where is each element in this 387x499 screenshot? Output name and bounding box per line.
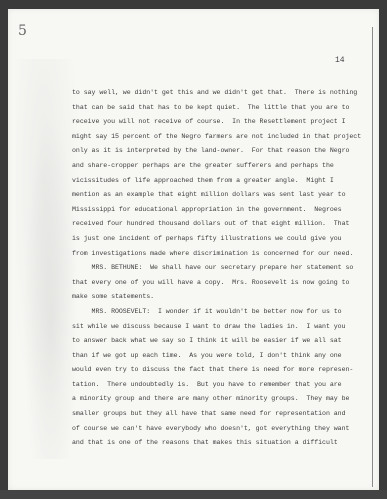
transcript-body: to say well, we didn't get this and we d… <box>72 86 362 451</box>
text-line: might say 15 percent of the Negro farmer… <box>72 130 362 145</box>
text-line: sit while we discuss because I want to d… <box>72 320 362 335</box>
scan-border <box>0 490 387 499</box>
margin-rule <box>372 27 373 487</box>
speaker-line-bethune: MRS. BETHUNE: We shall have our secretar… <box>72 261 362 276</box>
text-line: tation. There undoubtedly is. But you ha… <box>72 378 362 393</box>
text-line: and share-cropper perhaps are the greate… <box>72 159 362 174</box>
text-line: of course we can't have everybody who do… <box>72 422 362 437</box>
text-line: that can be said that has to be kept qui… <box>72 101 362 116</box>
text-line: and that is one of the reasons that make… <box>72 436 362 451</box>
handwritten-mark: 5 <box>18 23 27 39</box>
text-line: vicissitudes of life approached them fro… <box>72 174 362 189</box>
speaker-line-roosevelt: MRS. ROOSEVELT: I wonder if it wouldn't … <box>72 305 362 320</box>
text-line: a minority group and there are many othe… <box>72 392 362 407</box>
text-line: to answer back what we say so I think it… <box>72 334 362 349</box>
text-line: receive you will not receive of course. … <box>72 115 362 130</box>
text-line: received four hundred thousand dollars o… <box>72 217 362 232</box>
text-line: only as it is interpreted by the land-ow… <box>72 144 362 159</box>
page-number: 14 <box>335 56 345 65</box>
text-line: make some statements. <box>72 290 362 305</box>
text-line: is just one incident of perhaps fifty il… <box>72 232 362 247</box>
text-line: mention as an example that eight million… <box>72 188 362 203</box>
text-line: that every one of you will have a copy. … <box>72 276 362 291</box>
text-line: would even try to discuss the fact that … <box>72 363 362 378</box>
text-line: to say well, we didn't get this and we d… <box>72 86 362 101</box>
text-line: smaller groups but they all have that sa… <box>72 407 362 422</box>
text-line: Mississippi for educational appropriatio… <box>72 203 362 218</box>
document-page: 5 14 to say well, we didn't get this and… <box>8 9 379 490</box>
text-line: than if we got up each time. As you were… <box>72 349 362 364</box>
text-line: from investigations made where discrimin… <box>72 247 362 262</box>
